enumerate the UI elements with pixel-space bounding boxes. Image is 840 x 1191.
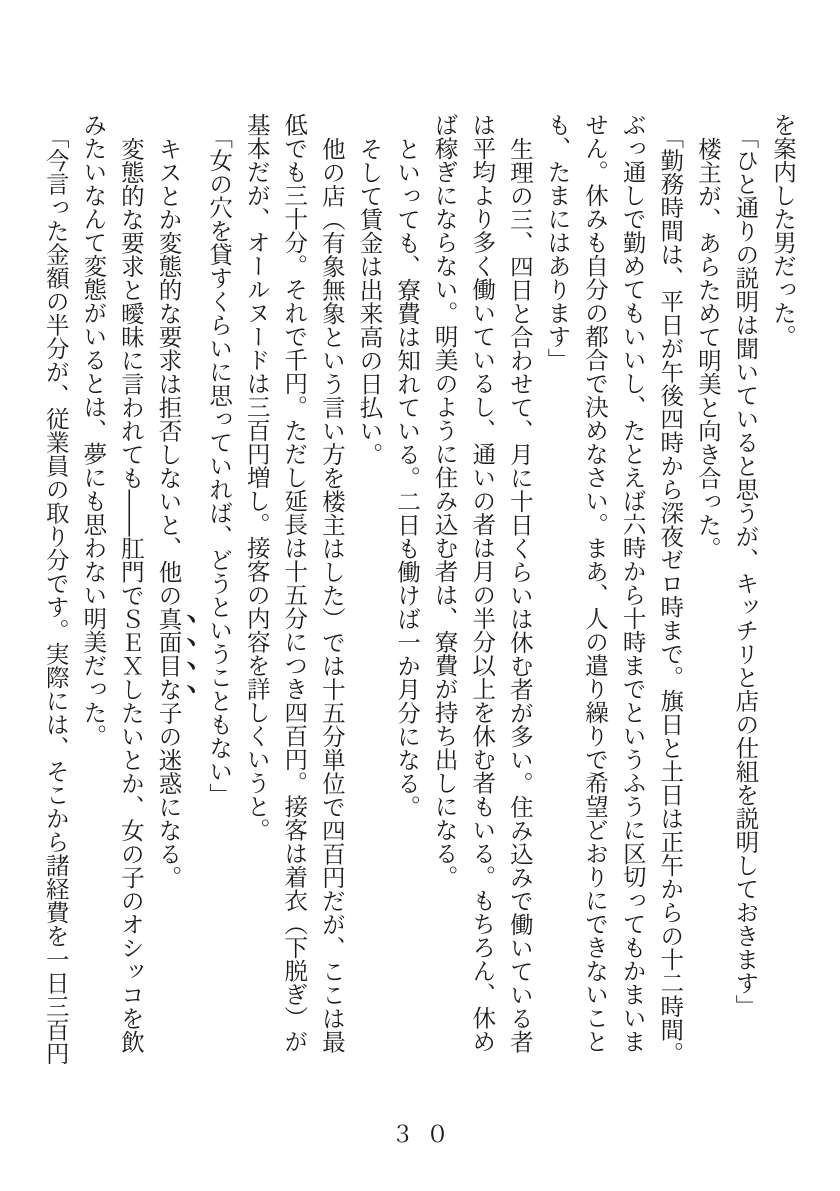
paragraph: 「ひと通りの説明は聞いていると思うが、キッチリと店の仕組を説明しておきます」 (726, 113, 764, 1065)
paragraph: 「勤務時間は、平日が午後四時から深夜ゼロ時まで。旗日と土日は正午からの十二時間。… (538, 113, 688, 1065)
text-segment: を案内した男だった。 (769, 113, 797, 348)
paragraph: といっても、寮費は知れている。二日も働けば一か月分になる。 (387, 113, 425, 1065)
text-segment: キスとか変態的な要求は拒否しないと、他の (155, 137, 183, 607)
text-segment: そして賃金は出来高の日払い。 (355, 137, 383, 466)
text-segment: 「勤務時間は、平日が午後四時から深夜ゼロ時まで。旗日と土日は正午からの十二時間。… (543, 113, 684, 1065)
paragraph: 生理の三、四日と合わせて、月に十日くらいは休む者が多い。住み込みで働いている者は… (425, 113, 538, 1065)
paragraph: 「今言った金額の半分が、従業員の取り分です。実際には、そこから諸経費を一日三百円 (36, 113, 74, 1065)
paragraph: 他の店（有象無象という言い方を楼主はした）では十五分単位で四百円だが、ここは最低… (237, 113, 350, 1065)
paragraph: 「女の穴を貸すくらいに思っていれば、どうということもない」 (200, 113, 238, 1065)
paragraph: を案内した男だった。 (763, 113, 801, 1065)
text-segment: 「ひと通りの説明は聞いていると思うが、キッチリと店の仕組を説明しておきます」 (731, 125, 759, 1018)
text-segment: 他の店（有象無象という言い方を楼主はした）では十五分単位で四百円だが、ここは最低… (243, 113, 346, 1053)
text-segment: 楼主が、あらためて明美と向き合った。 (694, 137, 722, 560)
text-segment: といっても、寮費は知れている。二日も働けば一か月分になる。 (393, 137, 421, 819)
paragraph: 変態的な要求と曖昧に言われても――肛門でＳＥＸしたいとか、女の子のオシッコを飲み… (74, 113, 149, 1065)
text-block: を案内した男だった。「ひと通りの説明は聞いていると思うが、キッチリと店の仕組を説… (39, 113, 801, 1065)
paragraph: キスとか変態的な要求は拒否しないと、他の真面目な子の迷惑になる。 (149, 113, 200, 1065)
text-segment: 「女の穴を貸すくらいに思っていれば、どうということもない」 (205, 125, 233, 807)
text-segment: 生理の三、四日と合わせて、月に十日くらいは休む者が多い。住み込みで働いている者は… (431, 113, 534, 1053)
text-segment: 変態的な要求と曖昧に言われても――肛門でＳＥＸしたいとか、女の子のオシッコを飲み… (79, 113, 145, 1053)
text-segment: 「今言った金額の半分が、従業員の取り分です。実際には、そこから諸経費を一日三百円 (42, 125, 70, 1065)
paragraph: 楼主が、あらためて明美と向き合った。 (688, 113, 726, 1065)
text-segment: 子の迷惑になる。 (155, 701, 183, 889)
book-page: を案内した男だった。「ひと通りの説明は聞いていると思うが、キッチリと店の仕組を説… (0, 0, 840, 1191)
paragraph: そして賃金は出来高の日払い。 (350, 113, 388, 1065)
page-number: ３０ (0, 1116, 840, 1149)
emphasized-text: 真面目な (155, 607, 183, 701)
